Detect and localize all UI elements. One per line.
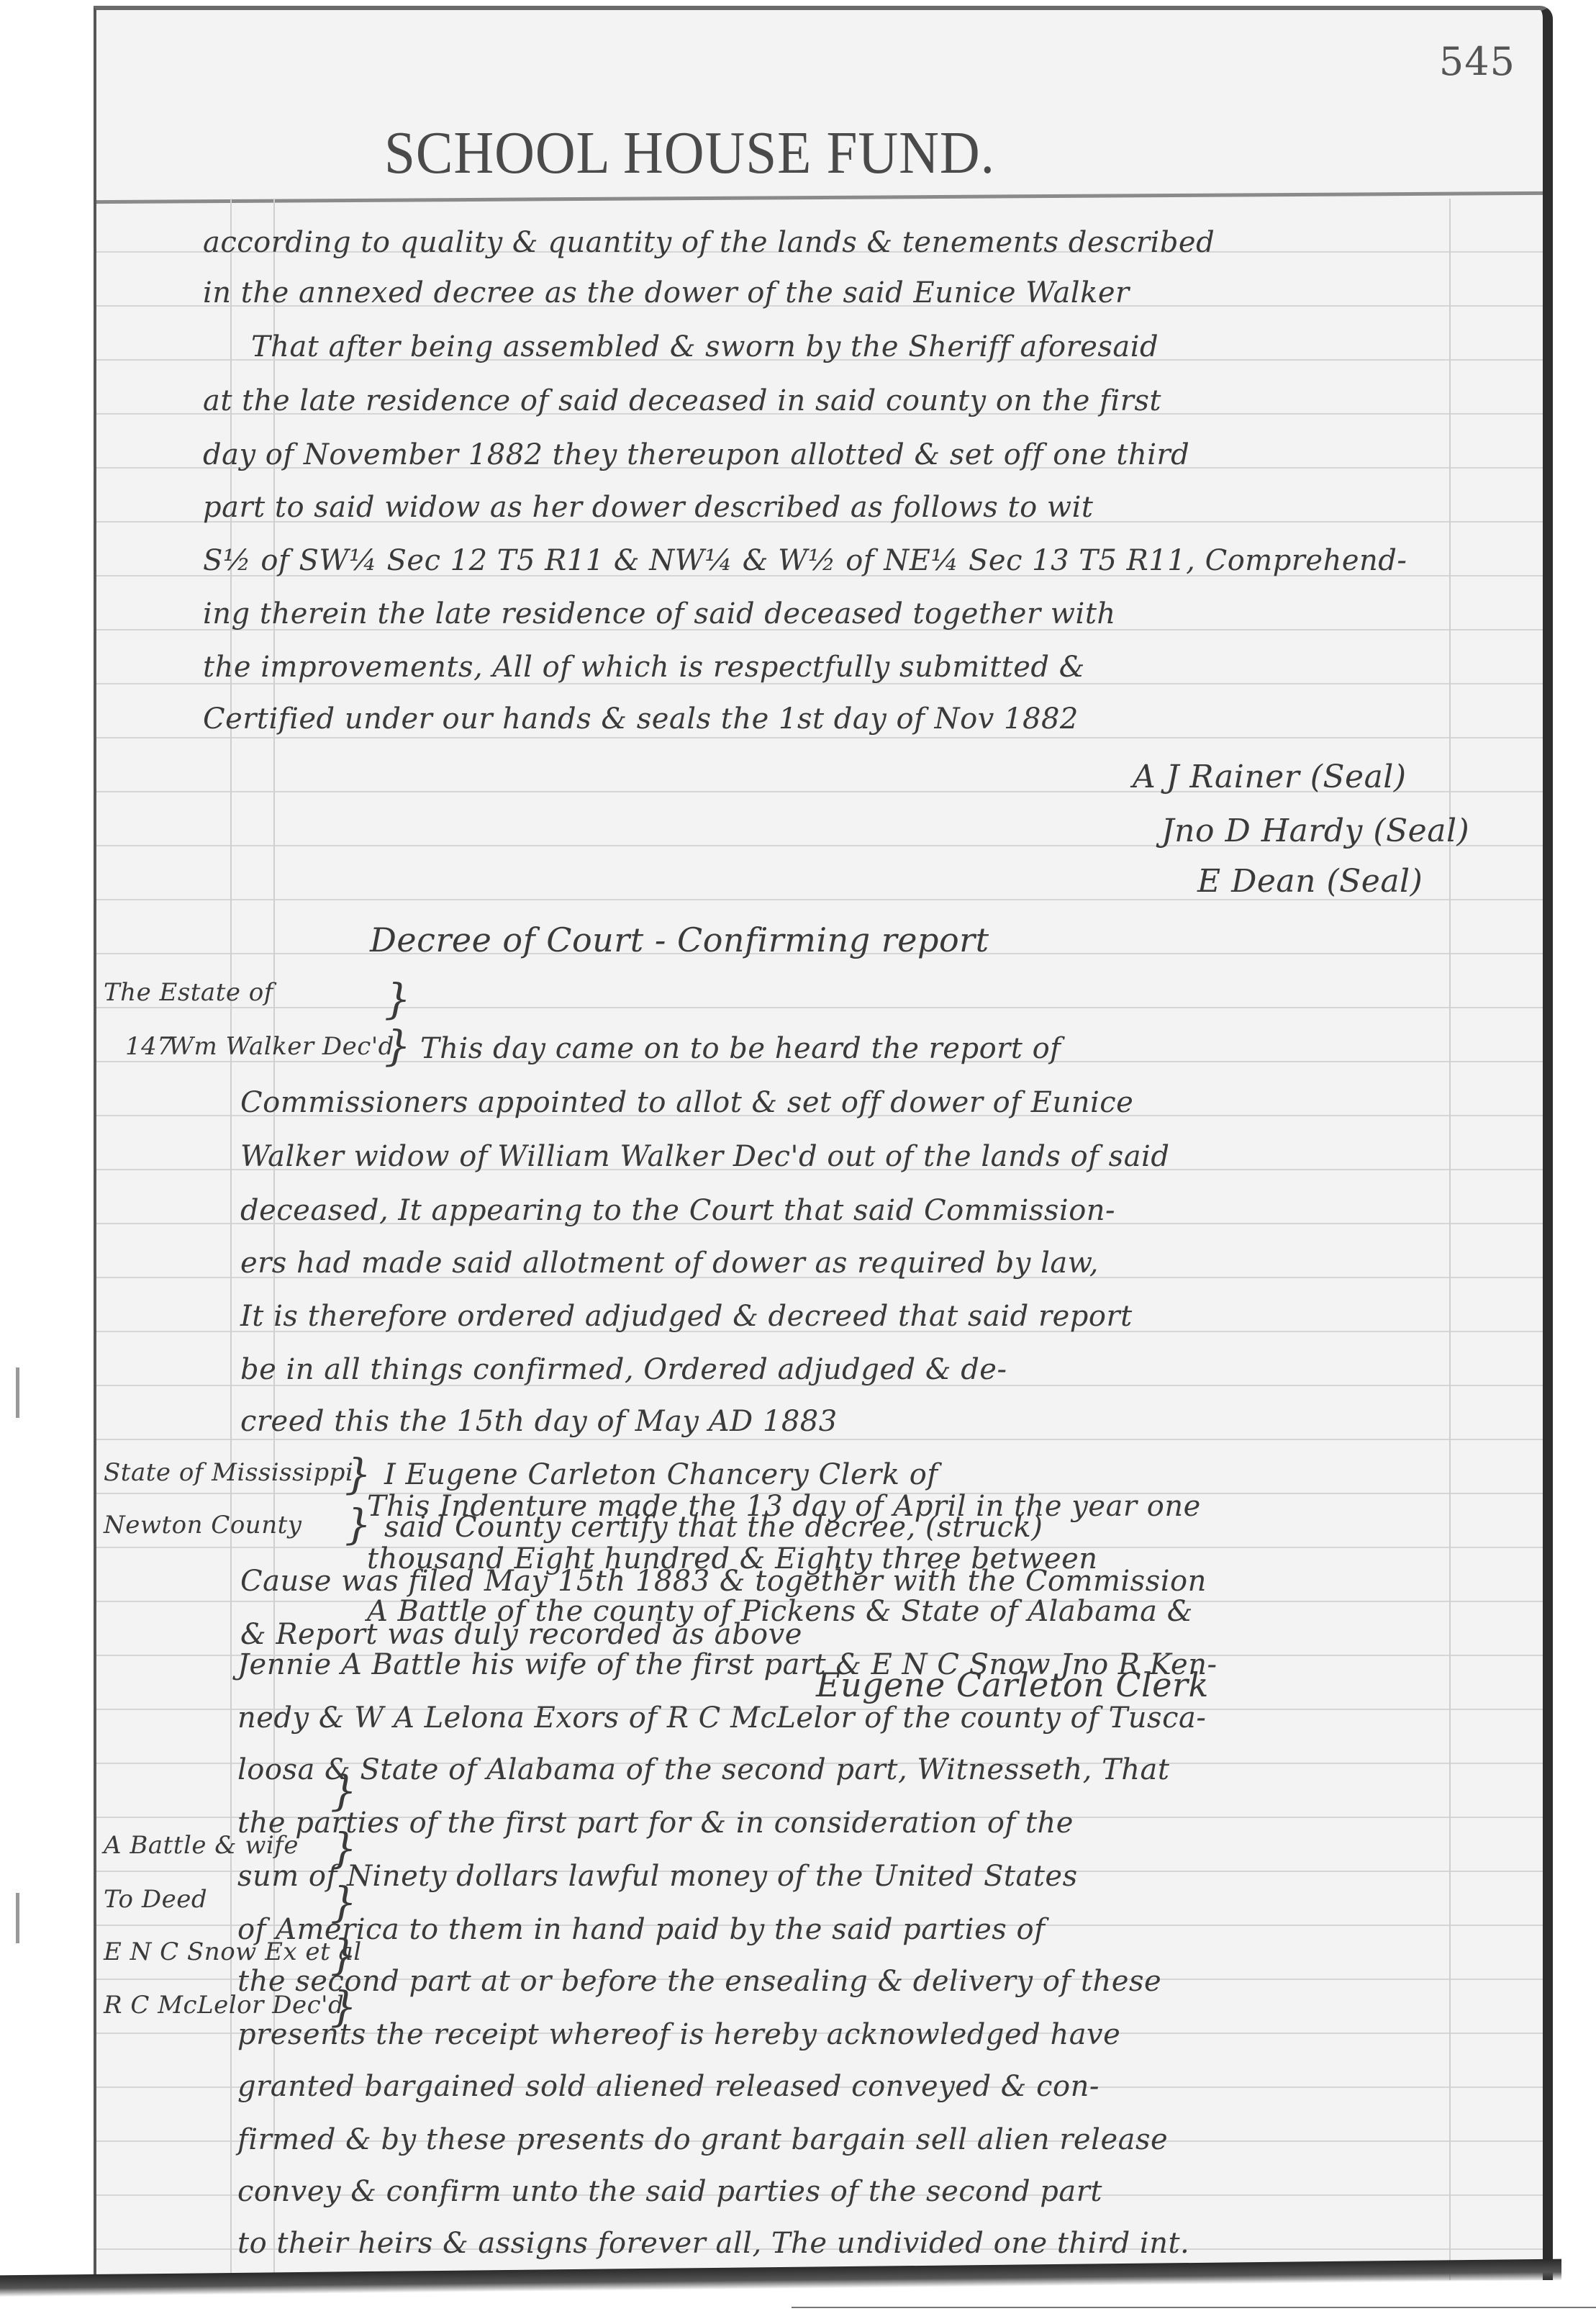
text-line: according to quality & quantity of the l… (203, 226, 1215, 259)
text-line: nedy & W A Lelona Exors of R C McLelor o… (237, 1701, 1206, 1735)
text-line: be in all things confirmed, Ordered adju… (240, 1353, 1007, 1386)
text-line: day of November 1882 they thereupon allo… (203, 438, 1189, 471)
text-line: I Eugene Carleton Chancery Clerk of (384, 1458, 938, 1491)
right-column-line (1449, 199, 1451, 2280)
text-line: the parties of the first part for & in c… (237, 1807, 1074, 1840)
text-line: creed this the 15th day of May AD 1883 (240, 1405, 838, 1438)
margin-label: Newton County (104, 1511, 301, 1539)
scan-edge-mark (16, 1893, 19, 1943)
text-line: at the late residence of said deceased i… (203, 384, 1161, 417)
page-header: 545 SCHOOL HOUSE FUND. (96, 10, 1543, 199)
text-line: ers had made said allotment of dower as … (240, 1247, 1099, 1280)
text-line: Jennie A Battle his wife of the first pa… (237, 1648, 1217, 1681)
text-line: S½ of SW¼ Sec 12 T5 R11 & NW¼ & W½ of NE… (203, 544, 1407, 577)
text-line: deceased, It appearing to the Court that… (240, 1194, 1115, 1227)
margin-label: State of Mississippi (104, 1458, 353, 1487)
text-line: of America to them in hand paid by the s… (237, 1913, 1045, 1946)
text-line: That after being assembled & sworn by th… (251, 330, 1159, 363)
margin-label: Wm Walker Dec'd (168, 1032, 394, 1061)
text-line: A Battle of the county of Pickens & Stat… (367, 1595, 1193, 1628)
margin-number: 147 (125, 1032, 173, 1061)
brace-icon: } (384, 975, 411, 1023)
text-line: This Indenture made the 13 day of April … (367, 1490, 1201, 1523)
text-line: loosa & State of Alabama of the second p… (237, 1753, 1169, 1786)
text-line: to their heirs & assigns forever all, Th… (237, 2227, 1189, 2260)
margin-label: To Deed (104, 1885, 207, 1914)
text-line: in the annexed decree as the dower of th… (203, 276, 1130, 309)
text-line: the second part at or before the enseali… (237, 1965, 1161, 1998)
text-line: Certified under our hands & seals the 1s… (203, 702, 1079, 736)
text-line: thousand Eight hundred & Eighty three be… (367, 1542, 1098, 1575)
text-line: part to said widow as her dower describe… (203, 491, 1094, 524)
signature: E Dean (Seal) (1197, 863, 1423, 900)
bottom-rule (792, 2307, 1596, 2308)
text-line: presents the receipt whereof is hereby a… (237, 2018, 1120, 2051)
text-line: firmed & by these presents do grant barg… (237, 2123, 1168, 2156)
text-line: granted bargained sold aliened released … (237, 2070, 1099, 2103)
text-line: the improvements, All of which is respec… (203, 651, 1085, 684)
text-line: Walker widow of William Walker Dec'd out… (240, 1140, 1169, 1173)
text-line: This day came on to be heard the report … (420, 1032, 1061, 1065)
signature: Jno D Hardy (Seal) (1161, 813, 1469, 849)
text-line: It is therefore ordered adjudged & decre… (240, 1300, 1133, 1333)
text-line: convey & confirm unto the said parties o… (237, 2175, 1102, 2208)
brace-icon: } (384, 1021, 411, 1070)
page-title: SCHOOL HOUSE FUND. (384, 118, 995, 188)
margin-label: The Estate of (104, 978, 273, 1007)
text-line: ing therein the late residence of said d… (203, 597, 1116, 630)
text-line: sum of Ninety dollars lawful money of th… (237, 1860, 1078, 1893)
signature: A J Rainer (Seal) (1133, 759, 1407, 795)
decree-heading: Decree of Court - Confirming report (370, 921, 989, 959)
scan-edge-mark (16, 1367, 19, 1418)
text-line: Commissioners appointed to allot & set o… (240, 1086, 1133, 1119)
page-number: 545 (1439, 39, 1515, 84)
